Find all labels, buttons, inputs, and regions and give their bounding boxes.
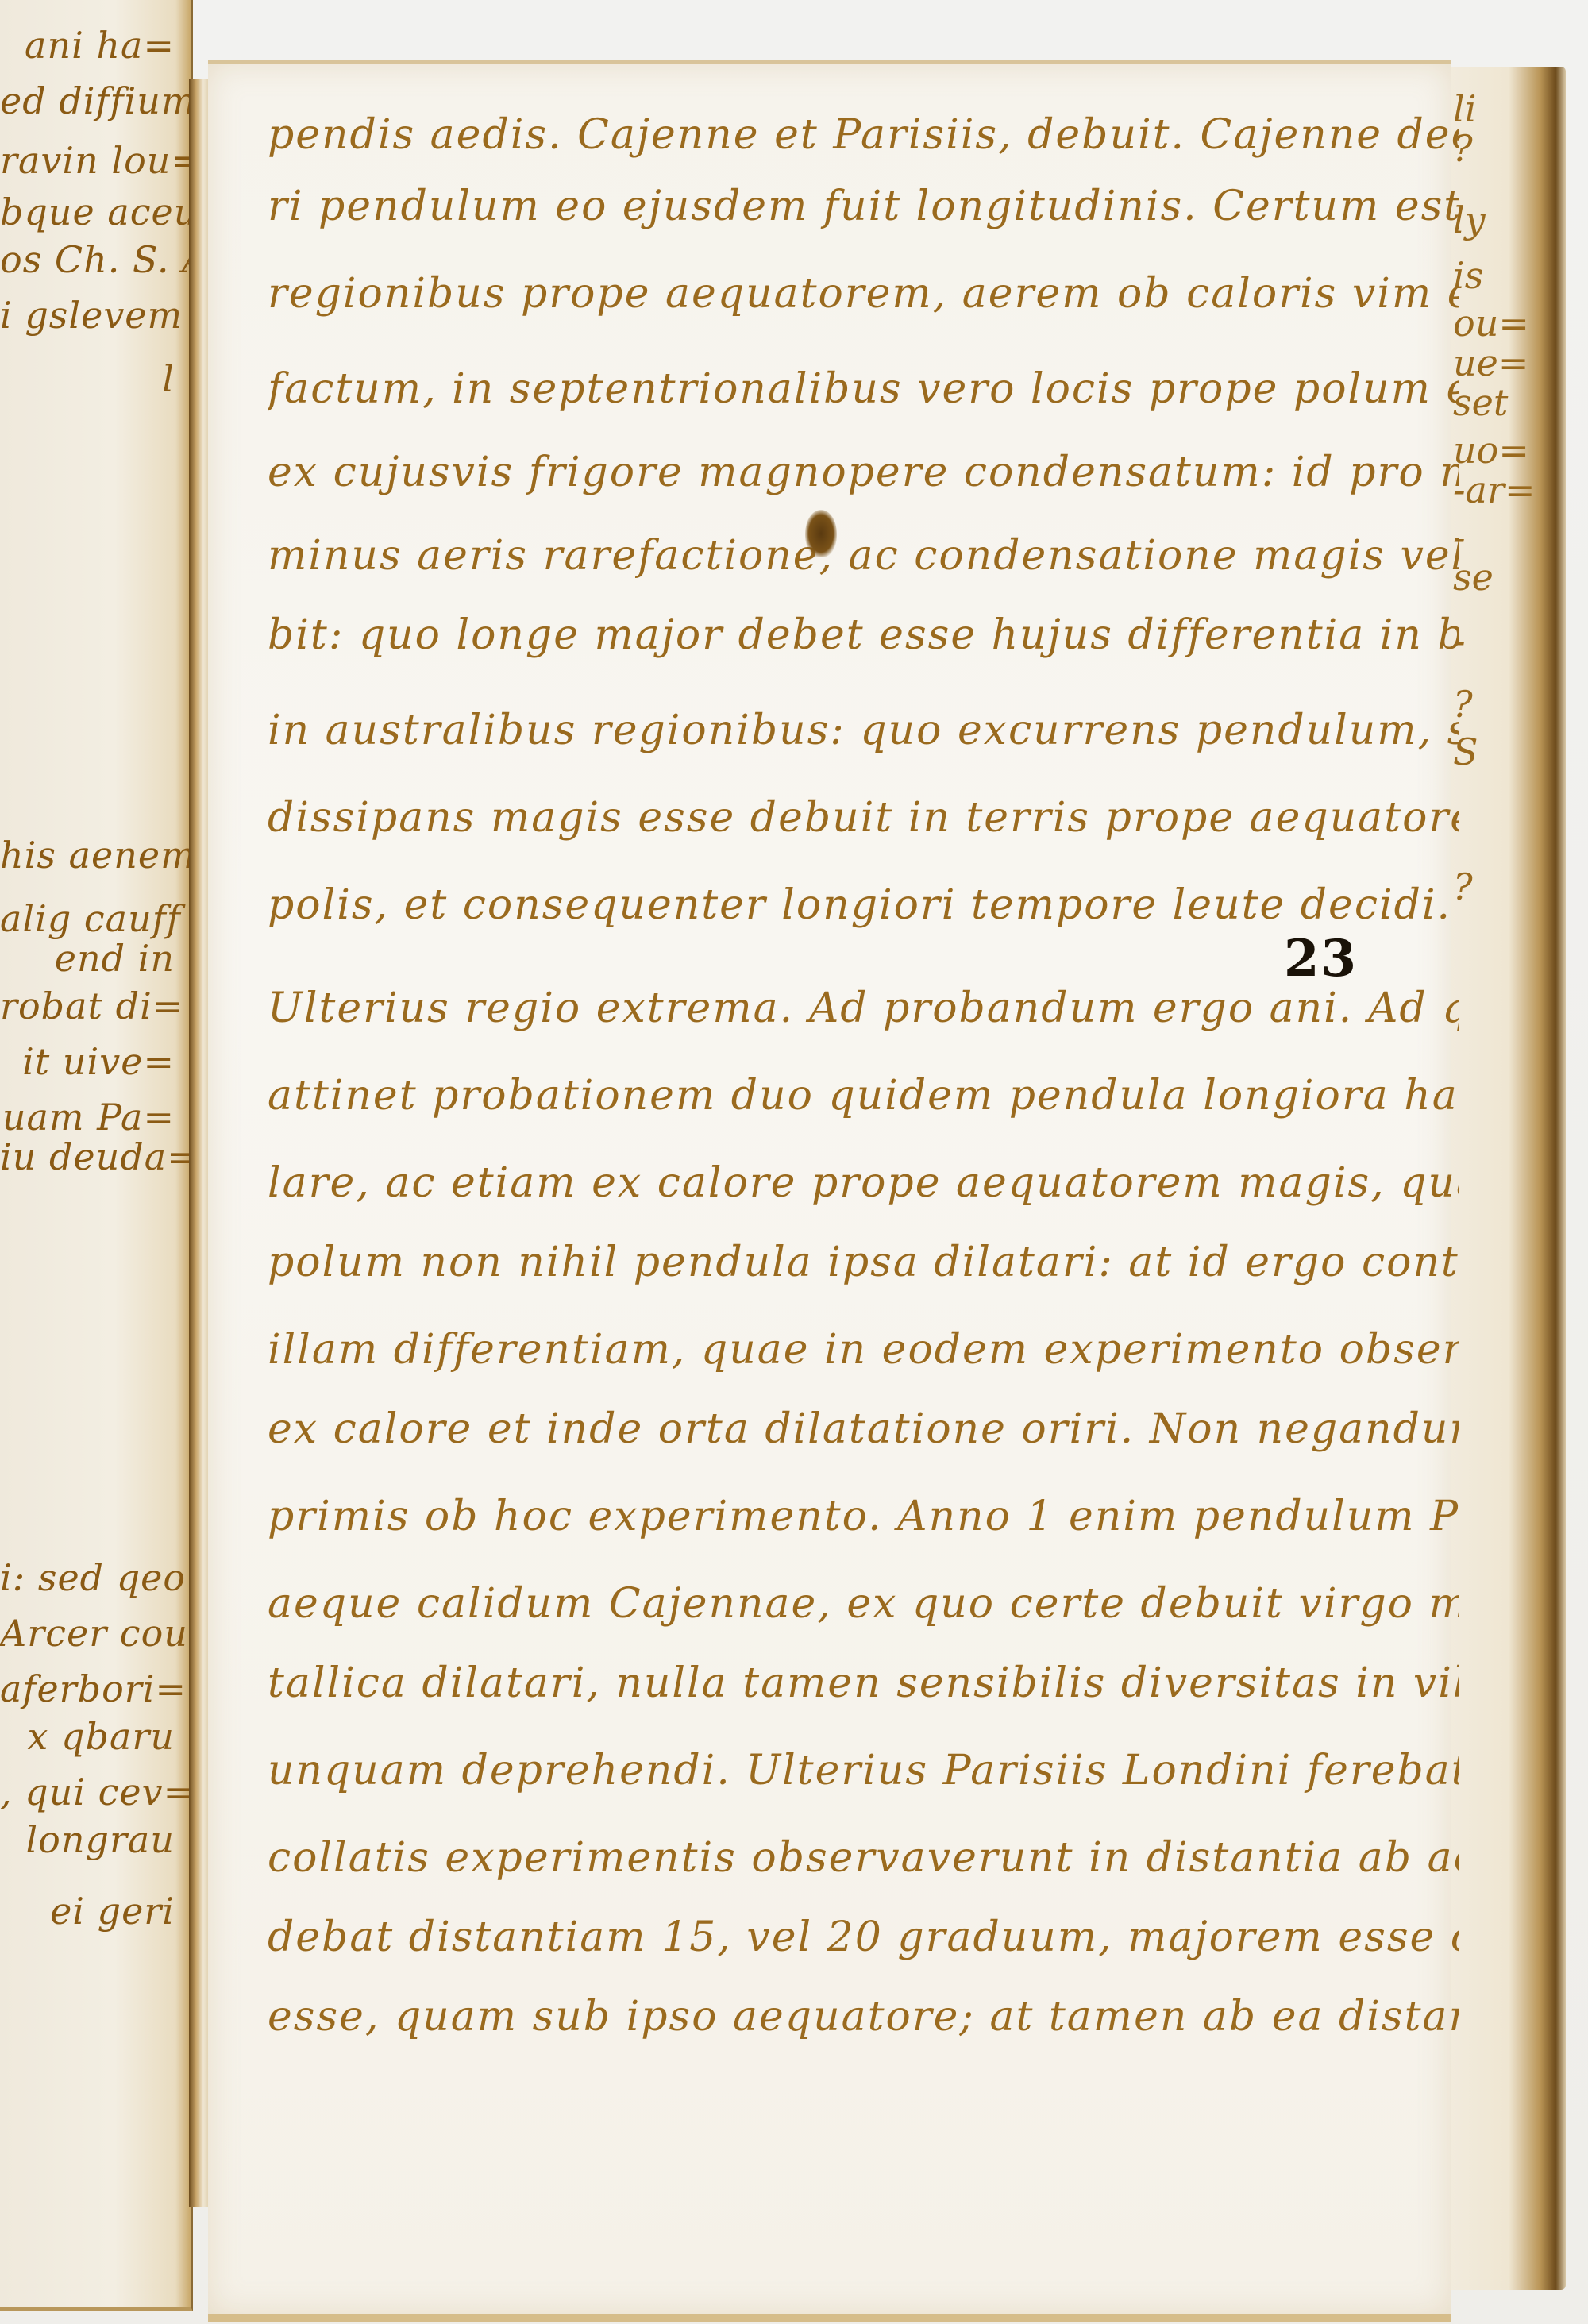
- left-page-line: iu deuda=: [0, 1135, 191, 1178]
- manuscript-photo: ani ha=ed diffiumravin lou=bque aceu=os …: [0, 0, 1588, 2324]
- left-page-line: uam Pa=: [0, 1096, 191, 1139]
- next-leaf-fragment: ou=: [1453, 302, 1548, 345]
- left-page-line: i gslevem: [0, 294, 191, 337]
- left-page-line: x qbaru: [0, 1715, 191, 1758]
- next-leaf-fragment: ?: [1453, 127, 1548, 170]
- manuscript-line: minus aeris rarefactione, ac condensatio…: [268, 532, 1459, 580]
- next-leaf-fragment: -: [1453, 619, 1548, 662]
- manuscript-line: esse, quam sub ipso aequatore; at tamen …: [268, 1993, 1459, 2041]
- left-page-line: ani ha=: [0, 24, 191, 67]
- manuscript-line: ex calore et inde orta dilatatione oriri…: [268, 1405, 1459, 1453]
- manuscript-line: illam differentiam, quae in eodem experi…: [268, 1326, 1459, 1374]
- manuscript-line: ex cujusvis frigore magnopere condensatu…: [268, 449, 1459, 496]
- left-page-line: bque aceu=: [0, 191, 191, 233]
- left-page-line: robat di=: [0, 985, 191, 1027]
- left-page-line: his aenem: [0, 834, 191, 877]
- next-leaf-fragment: ue=: [1453, 341, 1548, 384]
- page-number: 23: [1284, 929, 1358, 989]
- manuscript-line: in australibus regionibus: quo excurrens…: [268, 707, 1459, 754]
- left-page-line: i: sed qeo: [0, 1556, 191, 1599]
- manuscript-line: debat distantiam 15, vel 20 graduum, maj…: [268, 1914, 1459, 1961]
- left-page-line: l: [0, 357, 191, 400]
- left-page-line: ei geri: [0, 1890, 191, 1933]
- next-leaf-fragment: -: [1453, 516, 1548, 559]
- next-leaf-fragment: uo=: [1453, 429, 1548, 472]
- left-page-line: Arcer cou=: [0, 1612, 191, 1655]
- left-page-line: end in: [0, 937, 191, 980]
- next-leaf-fragment: -ar=: [1453, 468, 1548, 511]
- left-page-line: ed diffium: [0, 79, 191, 122]
- manuscript-line: polum non nihil pendula ipsa dilatari: a…: [268, 1239, 1459, 1286]
- manuscript-line: unquam deprehendi. Ulterius Parisiis Lon…: [268, 1747, 1459, 1794]
- next-leaf-fragment: S: [1453, 730, 1548, 773]
- manuscript-line: bit: quo longe major debet esse hujus di…: [268, 611, 1459, 659]
- manuscript-line: factum, in septentrionalibus vero locis …: [268, 365, 1459, 413]
- manuscript-line: Ulterius regio extrema. Ad probandum erg…: [268, 985, 1459, 1032]
- manuscript-line: lare, ac etiam ex calore prope aequatore…: [268, 1159, 1459, 1207]
- next-leaf-fragment: is: [1453, 254, 1548, 297]
- manuscript-line: ri pendulum eo ejusdem fuit longitudinis…: [268, 183, 1459, 230]
- left-page-line: it uive=: [0, 1040, 191, 1083]
- manuscript-line: aeque calidum Cajennae, ex quo certe deb…: [268, 1580, 1459, 1628]
- manuscript-line: primis ob hoc experimento. Anno 1 enim p…: [268, 1493, 1459, 1540]
- next-leaf-fragment: ly: [1453, 198, 1548, 241]
- next-leaf-fragment: ?: [1453, 865, 1548, 908]
- manuscript-line: regionibus prope aequatorem, aerem ob ca…: [268, 270, 1459, 318]
- manuscript-line: polis, et consequenter longiori tempore …: [268, 881, 1459, 929]
- manuscript-line: collatis experimentis observaverunt in d…: [268, 1834, 1459, 1882]
- manuscript-line: tallica dilatari, nulla tamen sensibilis…: [268, 1659, 1459, 1707]
- manuscript-line: pendis aedis. Cajenne et Parisiis, debui…: [268, 111, 1459, 159]
- left-page-line: os Ch. S. A.: [0, 238, 191, 281]
- left-page-line: , qui cev=: [0, 1771, 191, 1813]
- left-page-line: alig cauff: [0, 897, 191, 940]
- ink-blot: [805, 510, 837, 557]
- left-page-line: ravin lou=: [0, 139, 191, 182]
- manuscript-line: attinet probationem duo quidem pendula l…: [268, 1072, 1459, 1120]
- next-leaf-fragment: se: [1453, 556, 1548, 599]
- left-page-line: aferbori=: [0, 1667, 191, 1710]
- main-page: pendis aedis. Cajenne et Parisiis, debui…: [208, 60, 1451, 2322]
- next-leaf-fragment: ?: [1453, 683, 1548, 726]
- next-leaf-fragment: li: [1453, 87, 1548, 130]
- manuscript-line: dissipans magis esse debuit in terris pr…: [268, 794, 1459, 842]
- next-leaf-fragment: set: [1453, 381, 1548, 424]
- left-page-line: longrau: [0, 1818, 191, 1861]
